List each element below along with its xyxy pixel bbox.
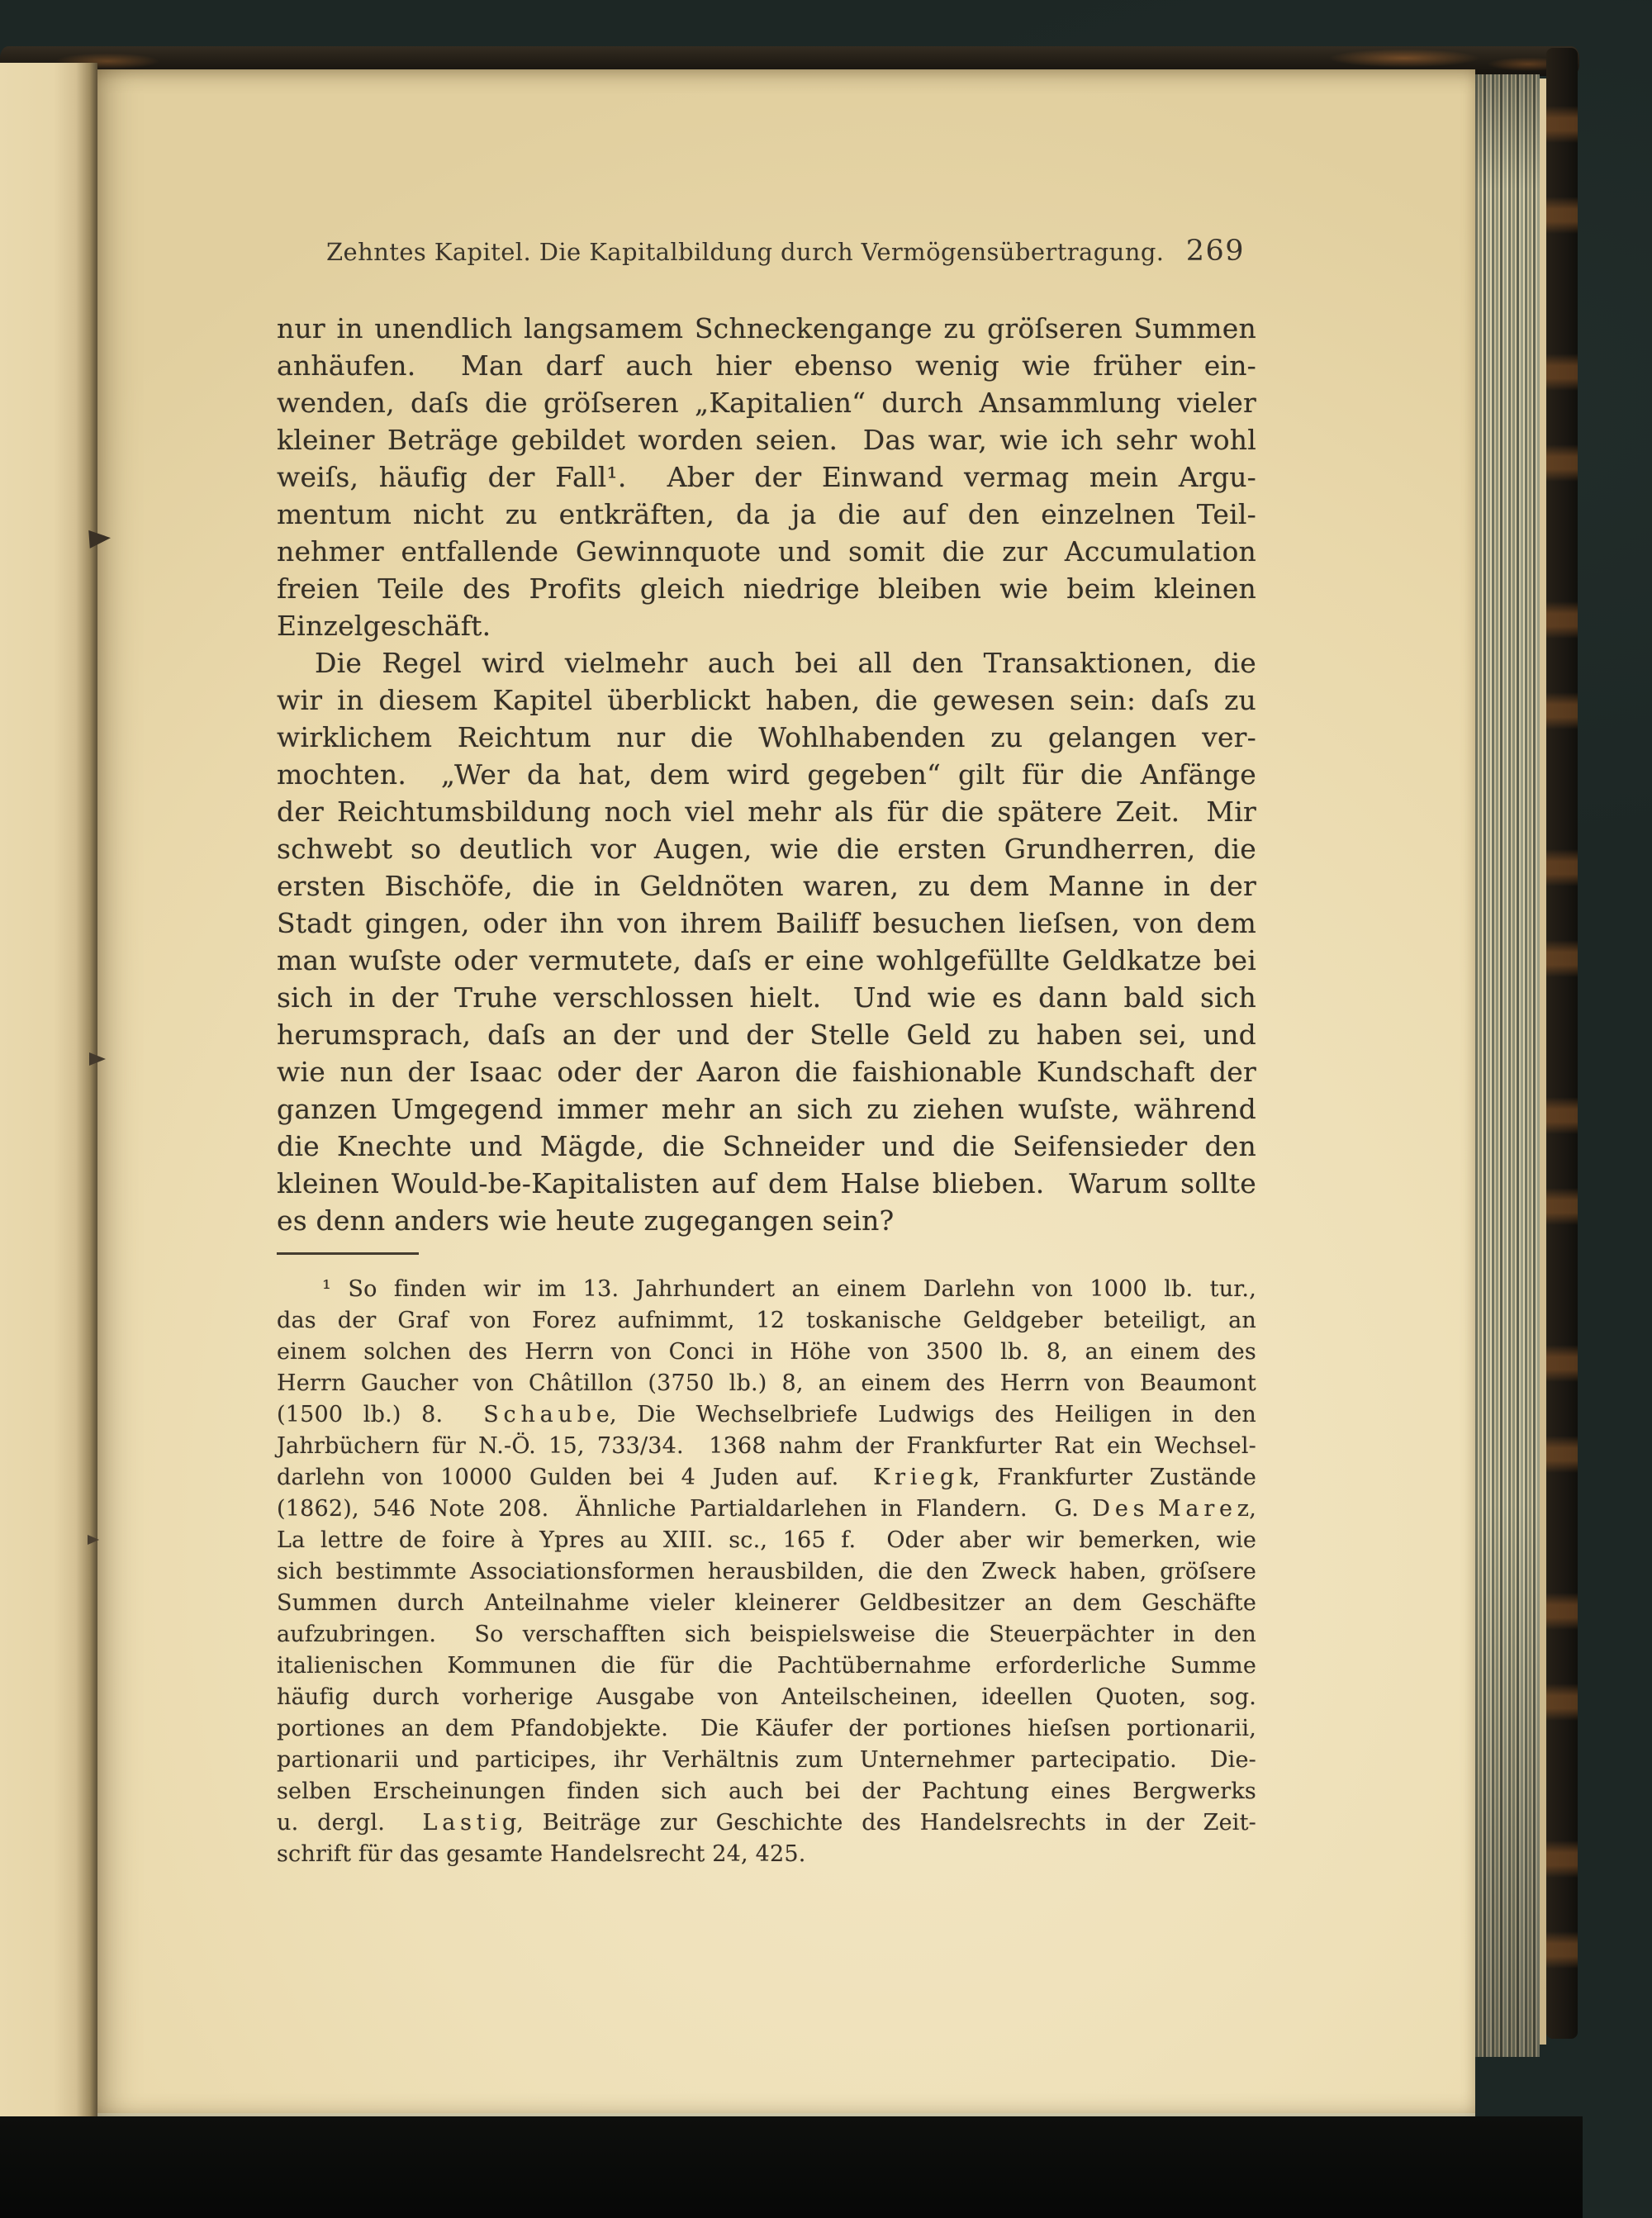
footnote-line: Summen durch Anteilnahme vieler kleinere… xyxy=(277,1588,1256,1619)
footnote-line: ¹ So finden wir im 13. Jahrhundert an ei… xyxy=(277,1274,1256,1305)
bottom-shadow xyxy=(0,2116,1583,2218)
footnote-line: sich bestimmte Associationsformen heraus… xyxy=(277,1556,1256,1588)
body-line: schwebt so deutlich vor Augen, wie die e… xyxy=(277,830,1256,867)
body-line: wenden, daſs die gröſseren „Kapitalien“ … xyxy=(277,384,1256,421)
footnote-line: (1500 lb.) 8. S c h a u b e, Die Wechsel… xyxy=(277,1399,1256,1431)
body-line: Einzelgeschäft. xyxy=(277,607,1256,644)
page-number: 269 xyxy=(1186,235,1245,268)
body-line: kleiner Beträge gebildet worden seien. D… xyxy=(277,421,1256,458)
book-photo-scan: Zehntes Kapitel. Die Kapitalbildung durc… xyxy=(0,0,1652,2218)
footnote-line: portiones an dem Pfandobjekte. Die Käufe… xyxy=(277,1713,1256,1745)
body-line: wir in diesem Kapitel überblickt haben, … xyxy=(277,682,1256,719)
footnote-line: das der Graf von Forez aufnimmt, 12 tosk… xyxy=(277,1305,1256,1337)
footnote-line: partionarii und participes, ihr Verhältn… xyxy=(277,1745,1256,1776)
body-line: die Knechte und Mägde, die Schneider und… xyxy=(277,1128,1256,1165)
body-line: der Reichtumsbildung noch viel mehr als … xyxy=(277,793,1256,830)
footnote-line: italienischen Kommunen die für die Pacht… xyxy=(277,1650,1256,1682)
book-page: Zehntes Kapitel. Die Kapitalbildung durc… xyxy=(97,69,1475,2119)
body-line: Stadt gingen, oder ihn von ihrem Bailiff… xyxy=(277,905,1256,942)
body-line: ganzen Umgegend immer mehr an sich zu zi… xyxy=(277,1090,1256,1128)
body-line: Die Regel wird vielmehr auch bei all den… xyxy=(277,644,1256,682)
body-line: mochten. „Wer da hat, dem wird gegeben“ … xyxy=(277,756,1256,793)
chapter-header: Zehntes Kapitel. Die Kapitalbildung durc… xyxy=(326,238,1164,266)
footnote-separator xyxy=(277,1252,419,1255)
book-cover-fore-edge xyxy=(1546,48,1578,2039)
body-line: nur in unendlich langsamem Schneckengang… xyxy=(277,310,1256,347)
body-line: es denn anders wie heute zugegangen sein… xyxy=(277,1202,1256,1239)
gutter-flaw-mark xyxy=(88,1535,99,1545)
body-line: mentum nicht zu entkräften, da ja die au… xyxy=(277,496,1256,533)
body-line: man wuſste oder vermutete, daſs er eine … xyxy=(277,942,1256,979)
body-line: herumsprach, daſs an der und der Stelle … xyxy=(277,1016,1256,1053)
footnote-line: Jahrbüchern für N.-Ö. 15, 733/34. 1368 n… xyxy=(277,1431,1256,1462)
body-line: wirklichem Reichtum nur die Wohlhabenden… xyxy=(277,719,1256,756)
footnote-line: Herrn Gaucher von Châtillon (3750 lb.) 8… xyxy=(277,1368,1256,1399)
footnote-line: selben Erscheinungen finden sich auch be… xyxy=(277,1776,1256,1807)
footnote-line: häufig durch vorherige Ausgabe von Antei… xyxy=(277,1682,1256,1713)
footnote-line: aufzubringen. So verschafften sich beisp… xyxy=(277,1619,1256,1650)
body-line: wie nun der Isaac oder der Aaron die fai… xyxy=(277,1053,1256,1090)
footnote-line: darlehn von 10000 Gulden bei 4 Juden auf… xyxy=(277,1462,1256,1494)
footnote-line: u. dergl. L a s t i g, Beiträge zur Gesc… xyxy=(277,1807,1256,1839)
footnote-line: (1862), 546 Note 208. Ähnliche Partialda… xyxy=(277,1494,1256,1525)
body-line: nehmer entfallende Gewinnquote und somit… xyxy=(277,533,1256,570)
body-line: kleinen Would-be-Kapitalisten auf dem Ha… xyxy=(277,1165,1256,1202)
body-text: nur in unendlich langsamem Schneckengang… xyxy=(277,310,1256,1239)
footnote-line: La lettre de foire à Ypres au XIII. sc.,… xyxy=(277,1525,1256,1556)
body-line: ersten Bischöfe, die in Geldnöten waren,… xyxy=(277,867,1256,905)
body-line: freien Teile des Profits gleich niedrige… xyxy=(277,570,1256,607)
gutter-flaw-mark xyxy=(89,1052,106,1066)
footnote-line: einem solchen des Herrn von Conci in Höh… xyxy=(277,1337,1256,1368)
page-block-fore-edge xyxy=(1475,74,1540,2057)
body-line: weiſs, häufig der Fall¹. Aber der Einwan… xyxy=(277,458,1256,496)
footnote-text: ¹ So finden wir im 13. Jahrhundert an ei… xyxy=(277,1274,1256,1870)
running-header: Zehntes Kapitel. Die Kapitalbildung durc… xyxy=(326,235,1245,268)
footnote-line: schrift für das gesamte Handelsrecht 24,… xyxy=(277,1839,1256,1870)
facing-page-edge xyxy=(0,63,97,2119)
gutter-flaw-mark xyxy=(88,529,111,549)
body-line: sich in der Truhe verschlossen hielt. Un… xyxy=(277,979,1256,1016)
page-edge-highlight xyxy=(1540,78,1546,2045)
body-line: anhäufen. Man darf auch hier ebenso weni… xyxy=(277,347,1256,384)
